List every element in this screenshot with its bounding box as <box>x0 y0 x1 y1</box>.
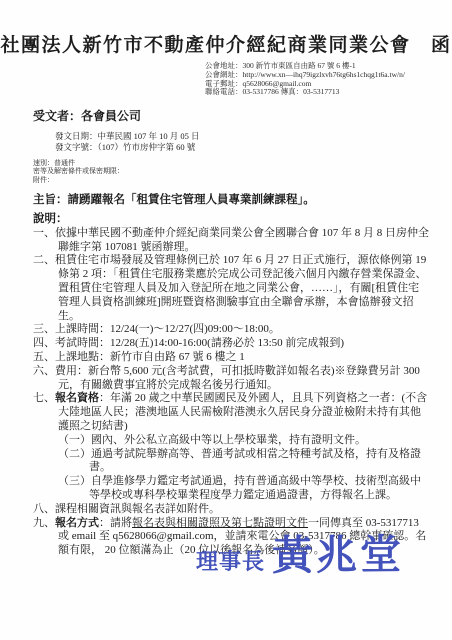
chairman-title-stamp: 理事長 <box>196 545 265 576</box>
item-number: 三、 <box>33 323 55 335</box>
item-text: 報名資格 <box>55 392 99 404</box>
classification-meta-block: 速別：普通件 密等及解密條件或保密期限： 附件： <box>33 159 452 184</box>
association-contact-block: 公會地址：300 新竹市東區自由路 67 號 6 樓-1 公會網址：http:/… <box>205 62 452 97</box>
item-number: 二、 <box>33 254 55 266</box>
item-text: 國內、外公私立高級中等以上學校畢業，持有證明文件。 <box>91 434 366 446</box>
item-text: 上課時間：12/24(一)～12/27(四)09:00～18:00。 <box>55 323 280 335</box>
item-text: 通過考試院舉辦高等、普通考試或相當之特種考試及格，持有及格證書。 <box>89 448 421 474</box>
explanation-sub-item: （三）自學進修學力鑑定考試通過，持有普通高級中等學校、技術型高級中等學校或專科學… <box>58 475 430 503</box>
explanation-item: 六、費用：新台幣 5,600 元(含考試費，可扣抵時數詳如報名表)※登錄費另計 … <box>33 365 430 393</box>
explanation-item: 四、考試時間：12/28(五)14:00-16:00(請務必於 13:50 前完… <box>33 337 430 351</box>
item-text: ：請將 <box>99 517 132 529</box>
issue-date: 發文日期：中華民國 107 年 10 月 05 日 <box>55 131 452 142</box>
security-class-line: 密等及解密條件或保密期限： <box>33 167 452 175</box>
item-text: 上課地點：新竹市自由路 67 號 6 樓之 1 <box>55 351 245 363</box>
explanation-sub-item: （二）通過考試院舉辦高等、普通考試或相當之特種考試及格，持有及格證書。 <box>58 448 430 476</box>
issue-number: 發文字號：（107）竹市房仲字第 60 號 <box>55 142 452 153</box>
item-text: 費用：新台幣 5,600 元(含考試費，可扣抵時數詳如報名表)※登錄費另計 30… <box>55 365 420 391</box>
explanation-item: 二、租賃住宅市場發展及管理條例已於 107 年 6 月 27 日正式施行，源依條… <box>33 254 430 323</box>
item-text: ：年滿 20 歲之中華民國國民及外國人，且具下列資格之一者：(不含大陸地區人民；… <box>58 392 427 432</box>
item-number: 九、 <box>33 517 55 529</box>
explanation-sub-item: （一）國內、外公私立高級中等以上學校畢業，持有證明文件。 <box>58 434 430 448</box>
issue-meta-block: 發文日期：中華民國 107 年 10 月 05 日 發文字號：（107）竹市房仲… <box>55 131 452 152</box>
item-text: 考試時間：12/28(五)14:00-16:00(請務必於 13:50 前完成報… <box>55 337 344 349</box>
explanation-item: 三、上課時間：12/24(一)～12/27(四)09:00～18:00。 <box>33 323 430 337</box>
item-number: 七、 <box>33 392 55 404</box>
explanation-item: 八、課程相關資訊與報名表詳如附件。 <box>33 503 430 517</box>
item-number: （一） <box>58 434 91 446</box>
attachment-line: 附件： <box>33 176 452 184</box>
item-number: 八、 <box>33 503 55 515</box>
explanation-item: 一、依據中華民國不動產仲介經紀商業同業公會全國聯合會 107 年 8 月 8 日… <box>33 227 430 255</box>
item-text: 租賃住宅市場發展及管理條例已於 107 年 6 月 27 日正式施行，源依條例第… <box>55 254 427 321</box>
explanation-item: 五、上課地點：新竹市自由路 67 號 6 樓之 1 <box>33 351 430 365</box>
chairman-name-signature: 黃兆堂 <box>272 521 405 581</box>
item-number: （二） <box>58 448 91 460</box>
document-title: 社團法人新竹市不動產仲介經紀商業同業公會 函 <box>0 0 452 57</box>
association-phone: 聯絡電話：03-5317786 傳真：03-5317713 <box>205 88 452 97</box>
chairman-stamp: 理事長 黃兆堂 <box>196 522 404 581</box>
item-text: 自學進修學力鑑定考試通過，持有普通高級中等學校、技術型高級中等學校或專科學校畢業… <box>89 475 421 501</box>
official-letter-page: 社團法人新竹市不動產仲介經紀商業同業公會 函 公會地址：300 新竹市東區自由路… <box>0 0 452 640</box>
explanation-item-list: 一、依據中華民國不動產仲介經紀商業同業公會全國聯合會 107 年 8 月 8 日… <box>33 227 430 558</box>
item-text: 課程相關資訊與報名表詳如附件。 <box>55 503 220 515</box>
recipient-line: 受文者：各會員公司 <box>33 107 452 124</box>
item-text: 依據中華民國不動產仲介經紀商業同業公會全國聯合會 107 年 8 月 8 日房仲… <box>55 227 429 253</box>
subject-line: 主旨：請踴躍報名「租賃住宅管理人員專業訓練課程」。 <box>33 191 432 207</box>
item-number: 一、 <box>33 227 55 239</box>
item-number: 六、 <box>33 365 55 377</box>
item-number: （三） <box>58 475 91 487</box>
item-number: 四、 <box>33 337 55 349</box>
explanation-item: 七、報名資格：年滿 20 歲之中華民國國民及外國人，且具下列資格之一者：(不含大… <box>33 392 430 433</box>
explanation-label: 說明： <box>33 210 452 226</box>
item-number: 五、 <box>33 351 55 363</box>
item-text: 報名方式 <box>55 517 99 529</box>
